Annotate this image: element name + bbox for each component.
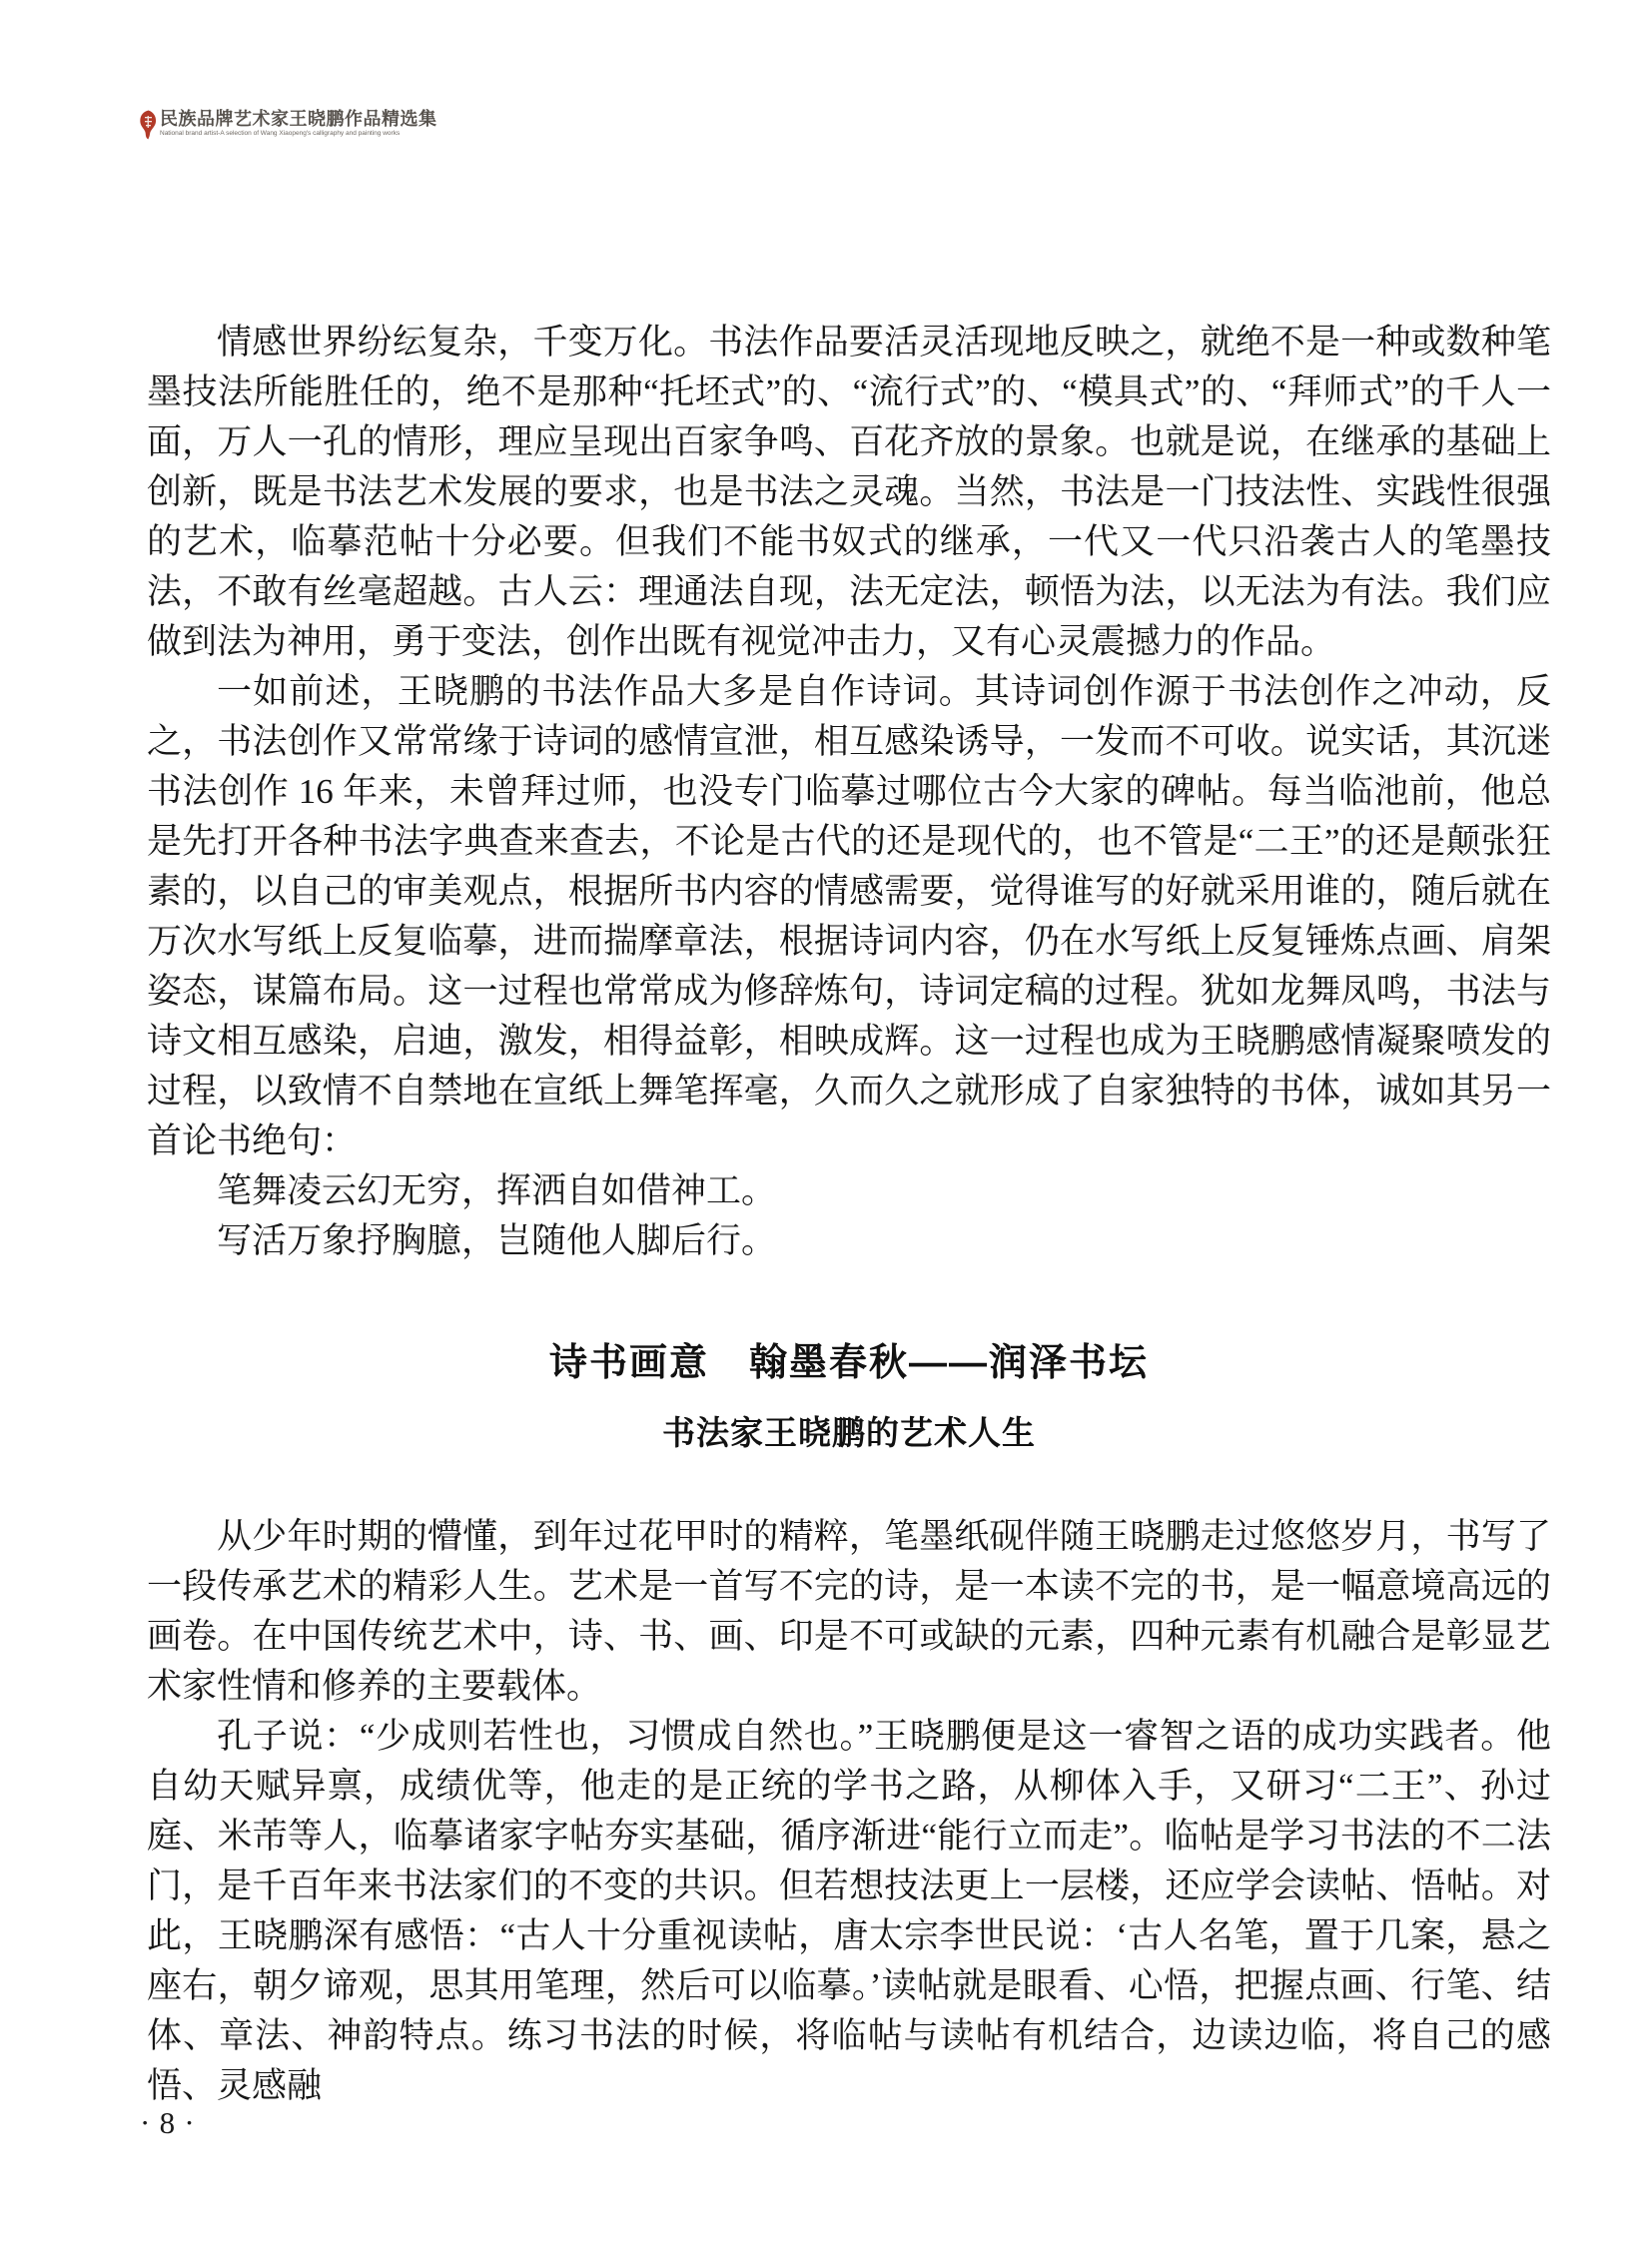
document-page: 民族品牌艺术家王晓鹏作品精选集 National brand artist-A … <box>0 0 1652 2241</box>
paragraph-1: 情感世界纷纭复杂，千变万化。书法作品要活灵活现地反映之，就绝不是一种或数种笔墨技… <box>147 318 1551 667</box>
poem-line-2: 写活万象抒胸臆，岂随他人脚后行。 <box>147 1216 1551 1266</box>
book-title: 民族品牌艺术家王晓鹏作品精选集 <box>160 108 437 130</box>
page-number: ·8· <box>140 2105 204 2141</box>
section-heading-sub: 书法家王晓鹏的艺术人生 <box>147 1410 1551 1456</box>
header-text-block: 民族品牌艺术家王晓鹏作品精选集 National brand artist-A … <box>160 108 437 138</box>
page-header: 民族品牌艺术家王晓鹏作品精选集 National brand artist-A … <box>140 108 437 140</box>
paragraph-2: 一如前述，王晓鹏的书法作品大多是自作诗词。其诗词创作源于书法创作之冲动，反之，书… <box>147 667 1551 1166</box>
paragraph-4: 孔子说：“少成则若性也，习惯成自然也。”王晓鹏便是这一睿智之语的成功实践者。他自… <box>147 1712 1551 2111</box>
poem-line-1: 笔舞凌云幻无穷，挥洒自如借神工。 <box>147 1166 1551 1216</box>
paragraph-3: 从少年时期的懵懂，到年过花甲时的精粹，笔墨纸砚伴随王晓鹏走过悠悠岁月，书写了一段… <box>147 1512 1551 1712</box>
red-seal-logo-icon <box>140 110 157 140</box>
book-subtitle-english: National brand artist-A selection of Wan… <box>160 130 437 138</box>
section-heading-main: 诗书画意 翰墨春秋——润泽书坛 <box>147 1336 1551 1390</box>
article-body: 情感世界纷纭复杂，千变万化。书法作品要活灵活现地反映之，就绝不是一种或数种笔墨技… <box>147 318 1551 2111</box>
